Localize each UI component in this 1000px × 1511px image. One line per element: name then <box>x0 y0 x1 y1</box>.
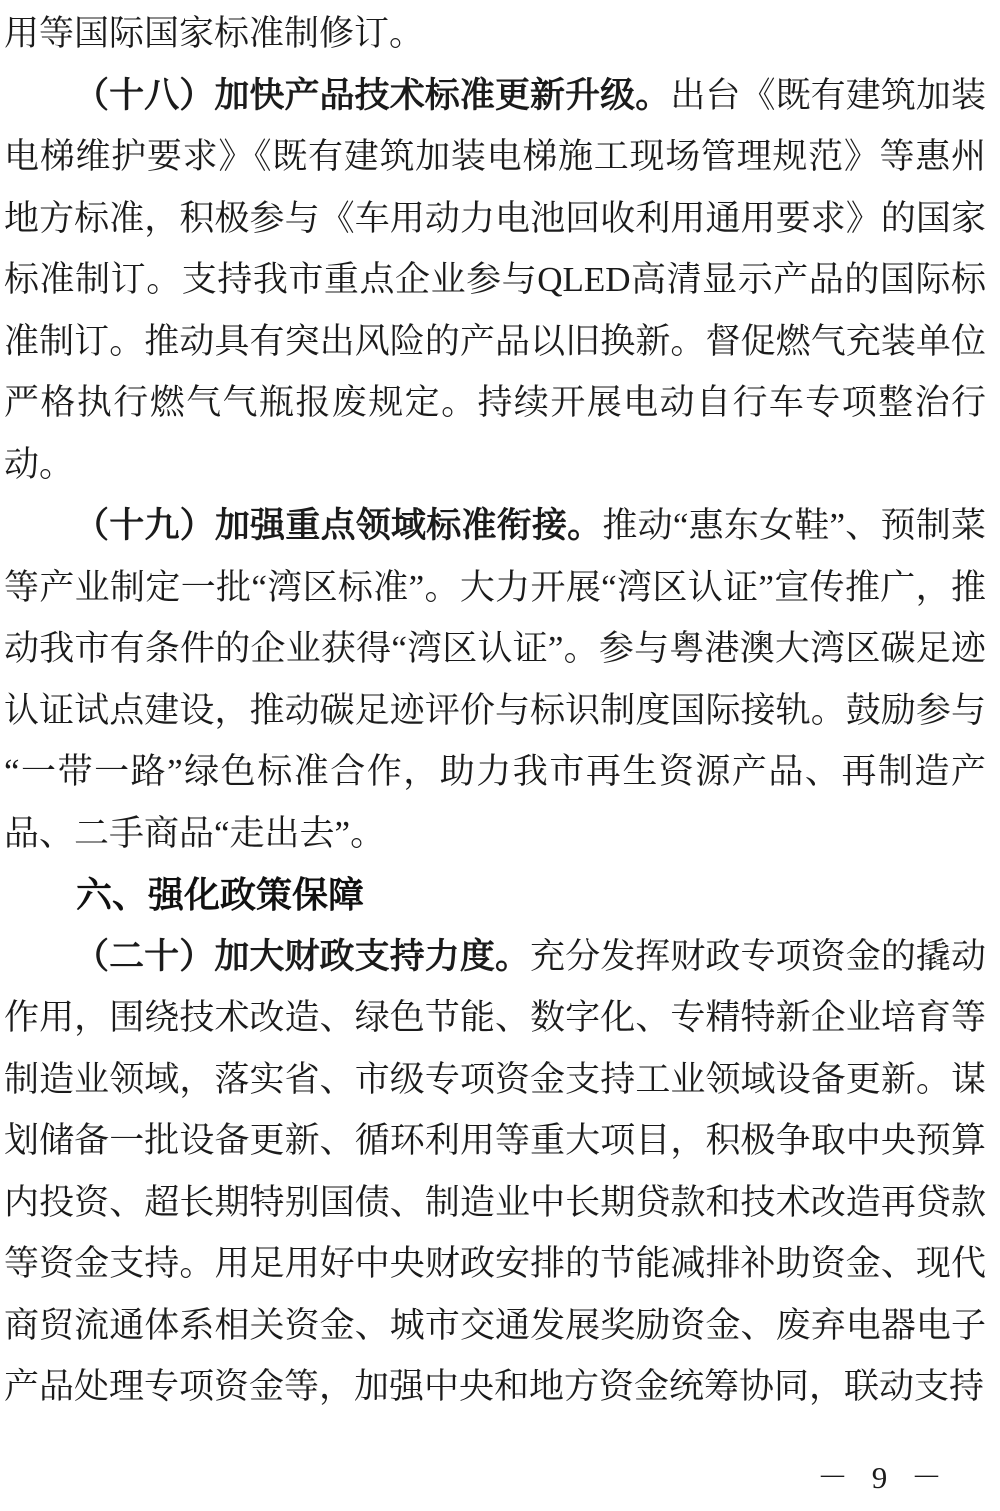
paragraph-18: （十八）加快产品技术标准更新升级。出台《既有建筑加装电梯维护要求》《既有建筑加装… <box>4 65 986 496</box>
paragraph-text: 出台《既有建筑加装电梯维护要求》《既有建筑加装电梯施工现场管理规范》等惠州地方标… <box>4 76 986 484</box>
paragraph-lead: （二十）加大财政支持力度。 <box>74 937 530 976</box>
paragraph-20: （二十）加大财政支持力度。充分发挥财政专项资金的撬动作用，围绕技术改造、绿色节能… <box>4 926 986 1418</box>
paragraph-19: （十九）加强重点领域标准衔接。推动“惠东女鞋”、预制菜等产业制定一批“湾区标准”… <box>4 495 986 864</box>
section-heading: 六、强化政策保障 <box>4 864 986 926</box>
paragraph-lead: （十八）加快产品技术标准更新升级。 <box>74 76 670 115</box>
document-body: 用等国际国家标准制修订。 （十八）加快产品技术标准更新升级。出台《既有建筑加装电… <box>4 3 986 1418</box>
page-number: － 9 － <box>817 1461 950 1495</box>
paragraph-text: 推动“惠东女鞋”、预制菜等产业制定一批“湾区标准”。大力开展“湾区认证”宣传推广… <box>4 506 986 853</box>
document-page: 用等国际国家标准制修订。 （十八）加快产品技术标准更新升级。出台《既有建筑加装电… <box>0 0 1000 1511</box>
paragraph-text: 用等国际国家标准制修订。 <box>4 14 424 53</box>
paragraph-continuation: 用等国际国家标准制修订。 <box>4 3 986 65</box>
paragraph-lead: （十九）加强重点领域标准衔接。 <box>74 506 602 545</box>
paragraph-text: 充分发挥财政专项资金的撬动作用，围绕技术改造、绿色节能、数字化、专精特新企业培育… <box>4 937 986 1407</box>
